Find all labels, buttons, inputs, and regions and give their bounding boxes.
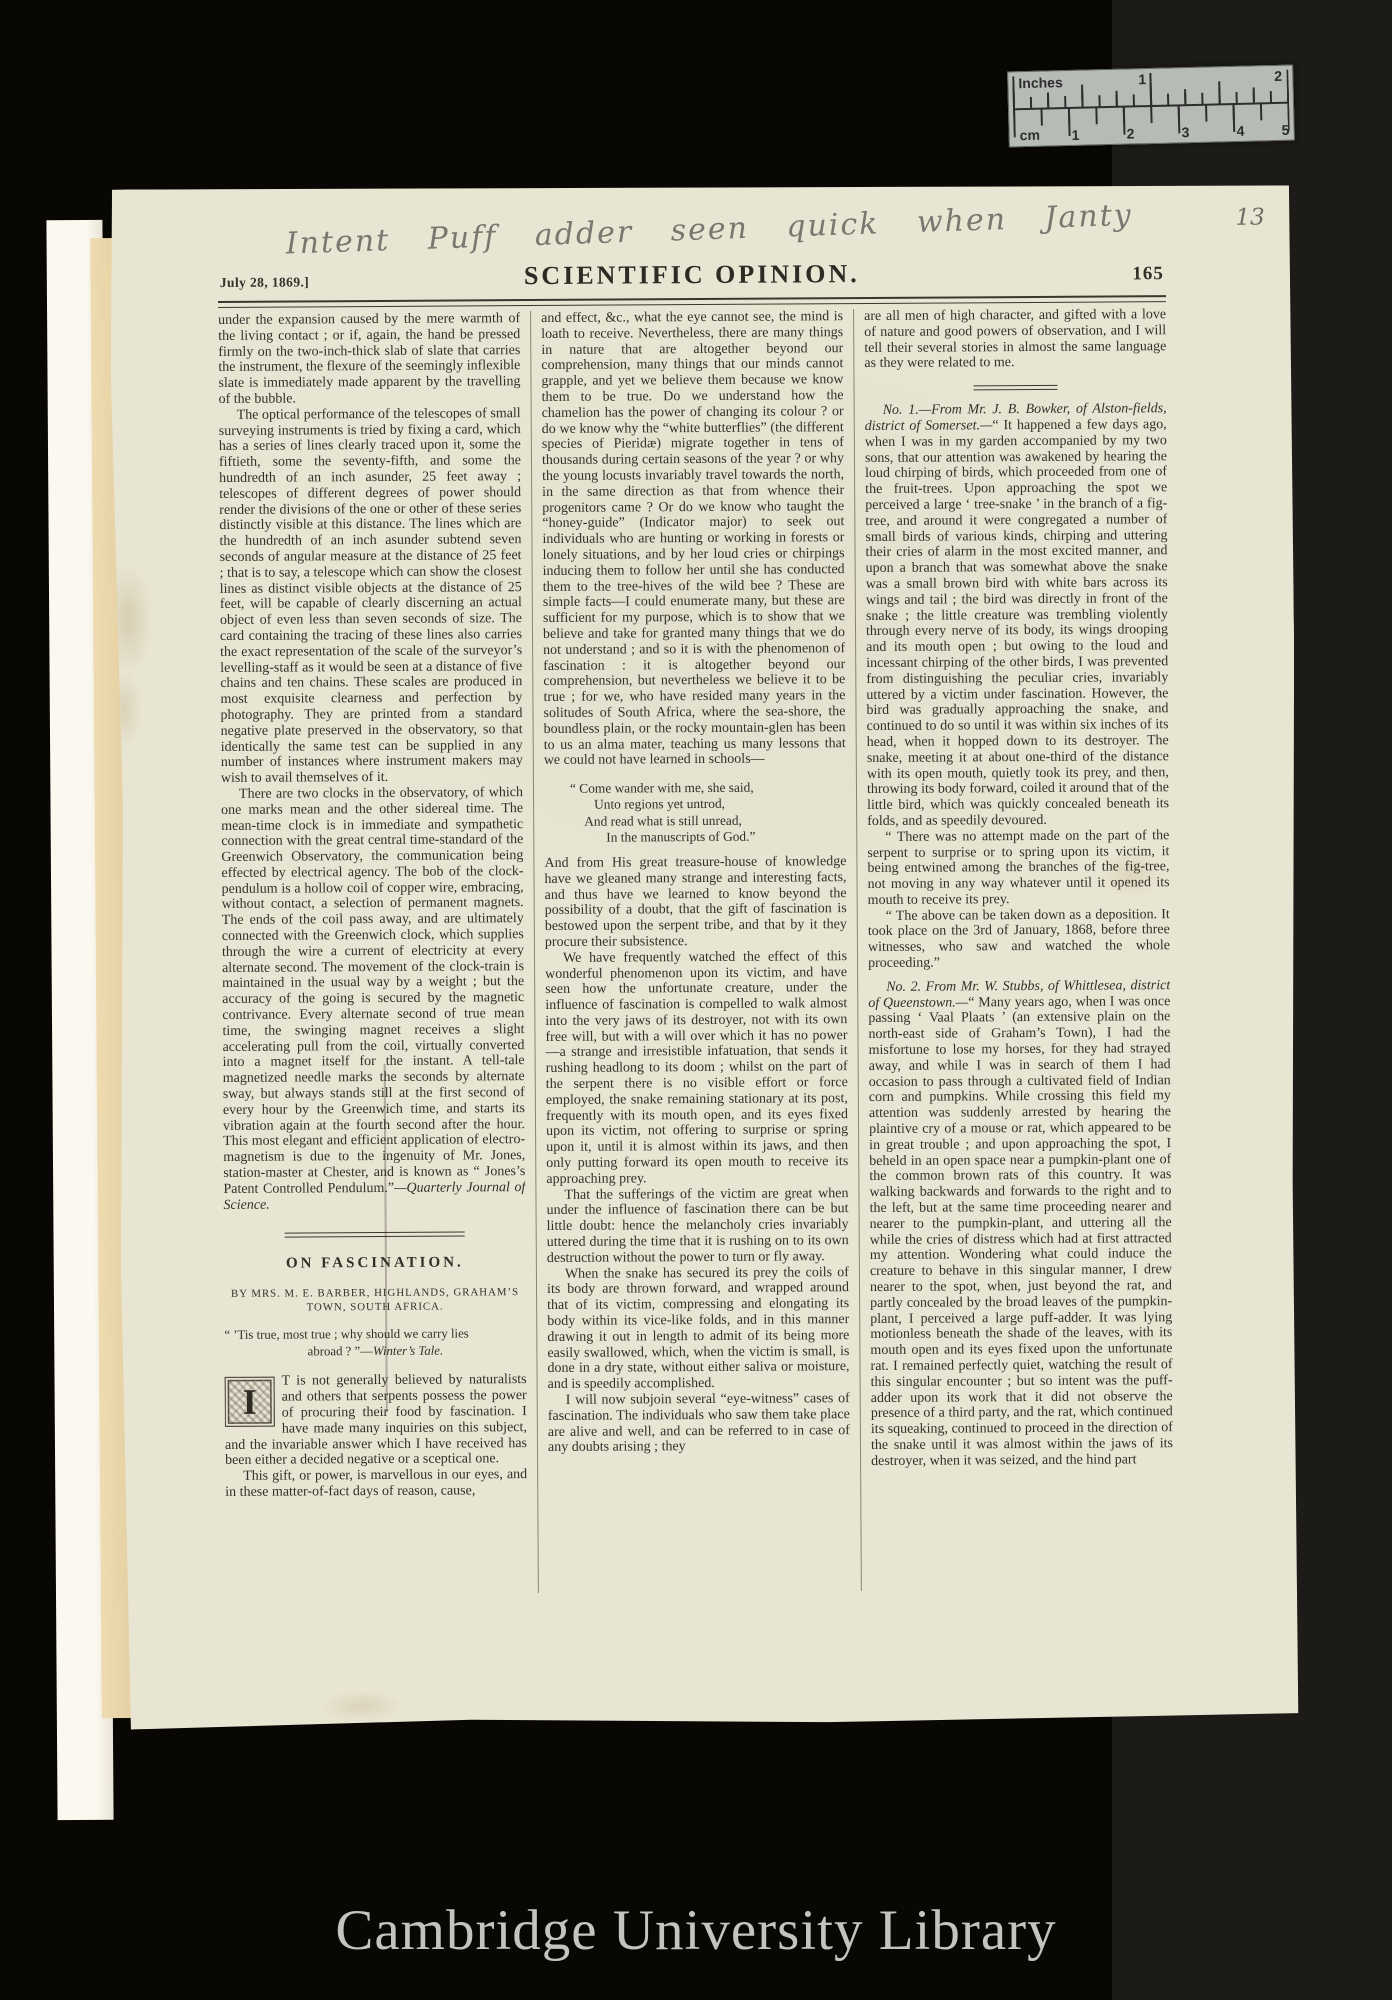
body-paragraph: There are two clocks in the observatory,…: [221, 785, 526, 1213]
poem-line: Unto regions yet untrod,: [544, 795, 846, 813]
case-paragraph-2: No. 2. From Mr. W. Stubbs, of Whittlesea…: [868, 978, 1173, 1470]
body-paragraph: That the sufferings of the victim are gr…: [546, 1186, 848, 1267]
body-paragraph: under the expansion caused by the mere w…: [218, 311, 521, 408]
folio-number: 13: [1235, 205, 1264, 231]
section-divider: [974, 385, 1058, 391]
column-2: and effect, &c., what the eye cannot see…: [541, 309, 851, 1593]
body-paragraph: I will now subjoin several “eye-witness”…: [548, 1391, 850, 1456]
ruler-cm-label: cm: [1019, 127, 1040, 143]
article-heading: ON FASCINATION.: [224, 1255, 526, 1274]
paragraph-text: “ It happened a few days ago, when I was…: [865, 417, 1169, 829]
body-paragraph: and effect, &c., what the eye cannot see…: [541, 309, 846, 769]
column-3: are all men of high character, and gifte…: [864, 307, 1174, 1591]
scanned-page: Intent Puff adder seen quick when Janty …: [107, 182, 1300, 1729]
body-paragraph: And from His great treasure-house of kno…: [544, 854, 847, 951]
ruler-cm-number: 4: [1236, 123, 1244, 139]
epigraph: “ ’Tis true, most true ; why should we c…: [224, 1326, 526, 1361]
library-watermark: Cambridge University Library: [0, 1898, 1392, 1963]
ruler-cm-number: 1: [1071, 127, 1079, 143]
section-divider: [285, 1232, 465, 1238]
ruler-inch-number: 2: [1274, 68, 1282, 84]
paragraph-text: “ Many years ago, when I was once passin…: [868, 994, 1173, 1469]
body-paragraph: The optical performance of the telescope…: [219, 406, 523, 787]
poem-line: And read what is still unread,: [544, 812, 846, 830]
body-paragraph: “ There was no attempt made on the part …: [867, 828, 1169, 909]
body-paragraph: “ The above can be taken down as a depos…: [868, 907, 1170, 972]
byline-line: TOWN, SOUTH AFRICA.: [307, 1301, 444, 1314]
epigraph-source: Winter’s Tale.: [373, 1344, 443, 1358]
column-1: under the expansion caused by the mere w…: [218, 311, 528, 1595]
page-title: SCIENTIFIC OPINION.: [218, 257, 1166, 293]
body-paragraph: are all men of high character, and gifte…: [864, 307, 1166, 372]
ruler-cm-number: 3: [1181, 124, 1189, 140]
case-paragraph-1: No. 1.—From Mr. J. B. Bowker, of Alston-…: [865, 401, 1170, 829]
poem-line: In the manuscripts of God.”: [544, 828, 846, 846]
header-rule: [218, 295, 1166, 308]
text-columns: under the expansion caused by the mere w…: [218, 307, 1174, 1595]
body-paragraph: When the snake has secured its prey the …: [547, 1265, 850, 1393]
drop-cap-ornament: I: [225, 1377, 275, 1427]
epigraph-line: “ ’Tis true, most true ; why should we c…: [224, 1327, 469, 1342]
epigraph-line: abroad ? ”—Winter’s Tale.: [224, 1342, 526, 1360]
page-header: July 28, 1869.] SCIENTIFIC OPINION. 165: [218, 251, 1166, 293]
ruler-inch-number: 1: [1138, 71, 1146, 87]
poem-quotation: “ Come wander with me, she said, Unto re…: [544, 779, 846, 846]
measurement-ruler: Inches cm 1 2 1 2 3 4 5: [1007, 65, 1295, 148]
body-paragraph: IT is not generally believed by naturali…: [225, 1373, 528, 1470]
column-rule: [853, 309, 862, 1591]
page-number: 165: [1132, 263, 1164, 285]
epigraph-text: abroad ? ”—: [308, 1344, 373, 1358]
body-paragraph: This gift, or power, is marvellous in ou…: [225, 1467, 527, 1500]
ruler-cm-number: 2: [1126, 125, 1134, 141]
paragraph-text: There are two clocks in the observatory,…: [221, 785, 525, 1197]
article-byline: BY MRS. M. E. BARBER, HIGHLANDS, GRAHAM’…: [224, 1286, 526, 1316]
body-paragraph: We have frequently watched the effect of…: [545, 949, 848, 1188]
ruler-cm-number: 5: [1281, 122, 1289, 138]
byline-line: BY MRS. M. E. BARBER, HIGHLANDS, GRAHAM’…: [231, 1287, 519, 1301]
ruler-inches-label: Inches: [1018, 74, 1063, 91]
column-rule: [530, 311, 539, 1593]
poem-line: “ Come wander with me, she said,: [544, 779, 846, 797]
